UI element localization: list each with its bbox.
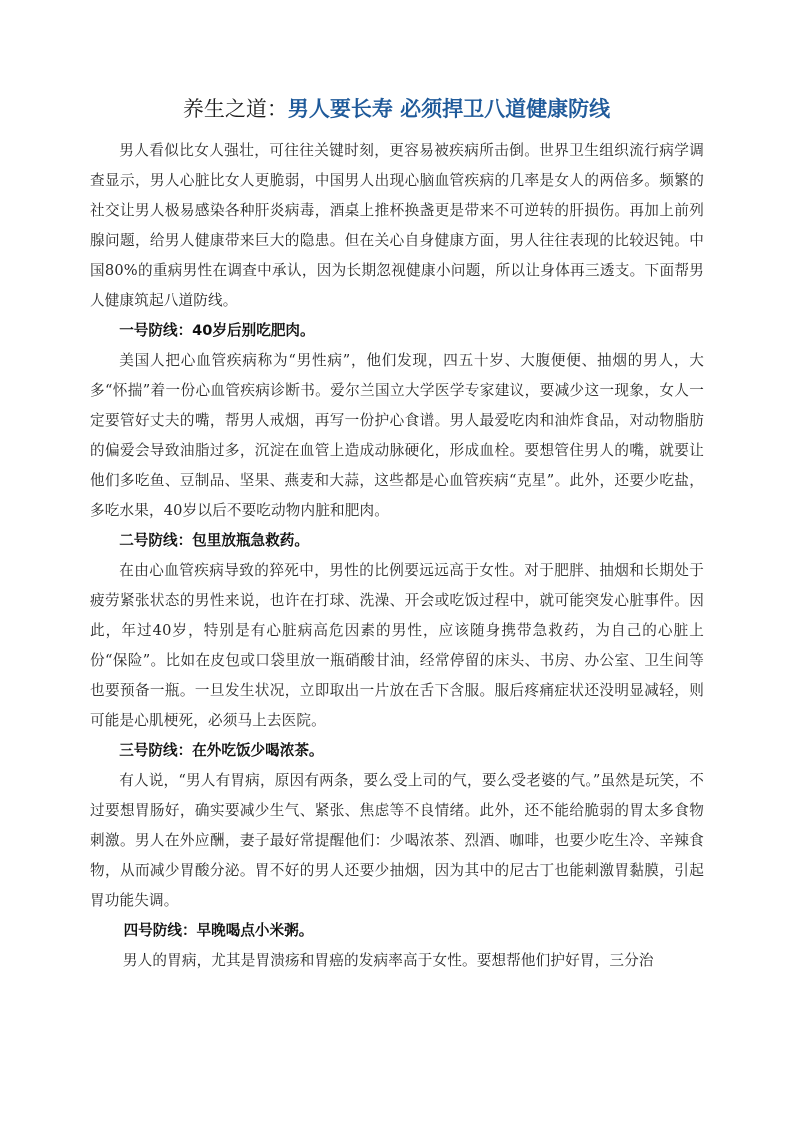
section-heading-4: 四号防线：早晚喝点小米粥。	[90, 916, 704, 946]
intro-paragraph: 男人看似比女人强壮，可往往关键时刻，更容易被疾病所击倒。世界卫生组织流行病学调查…	[90, 136, 704, 316]
title-prefix: 养生之道：	[183, 97, 288, 121]
title-main: 男人要长寿 必须捍卫八道健康防线	[288, 97, 610, 121]
document-title: 养生之道：男人要长寿 必须捍卫八道健康防线	[0, 94, 793, 124]
section-heading-3: 三号防线：在外吃饭少喝浓茶。	[90, 736, 704, 766]
document-body: 男人看似比女人强壮，可往往关键时刻，更容易被疾病所击倒。世界卫生组织流行病学调查…	[90, 136, 704, 976]
section-body-4: 男人的胃病，尤其是胃溃疡和胃癌的发病率高于女性。要想帮他们护好胃，三分治	[90, 946, 704, 976]
document-page: 养生之道：男人要长寿 必须捍卫八道健康防线 男人看似比女人强壮，可往往关键时刻，…	[0, 0, 793, 1122]
section-body-2: 在由心血管疾病导致的猝死中，男性的比例要远远高于女性。对于肥胖、抽烟和长期处于疲…	[90, 556, 704, 736]
section-heading-1: 一号防线：40岁后别吃肥肉。	[90, 316, 704, 346]
section-heading-2: 二号防线：包里放瓶急救药。	[90, 526, 704, 556]
section-body-1: 美国人把心血管疾病称为“男性病”，他们发现，四五十岁、大腹便便、抽烟的男人，大多…	[90, 346, 704, 526]
section-body-3: 有人说，“男人有胃病，原因有两条，要么受上司的气，要么受老婆的气。”虽然是玩笑，…	[90, 766, 704, 916]
